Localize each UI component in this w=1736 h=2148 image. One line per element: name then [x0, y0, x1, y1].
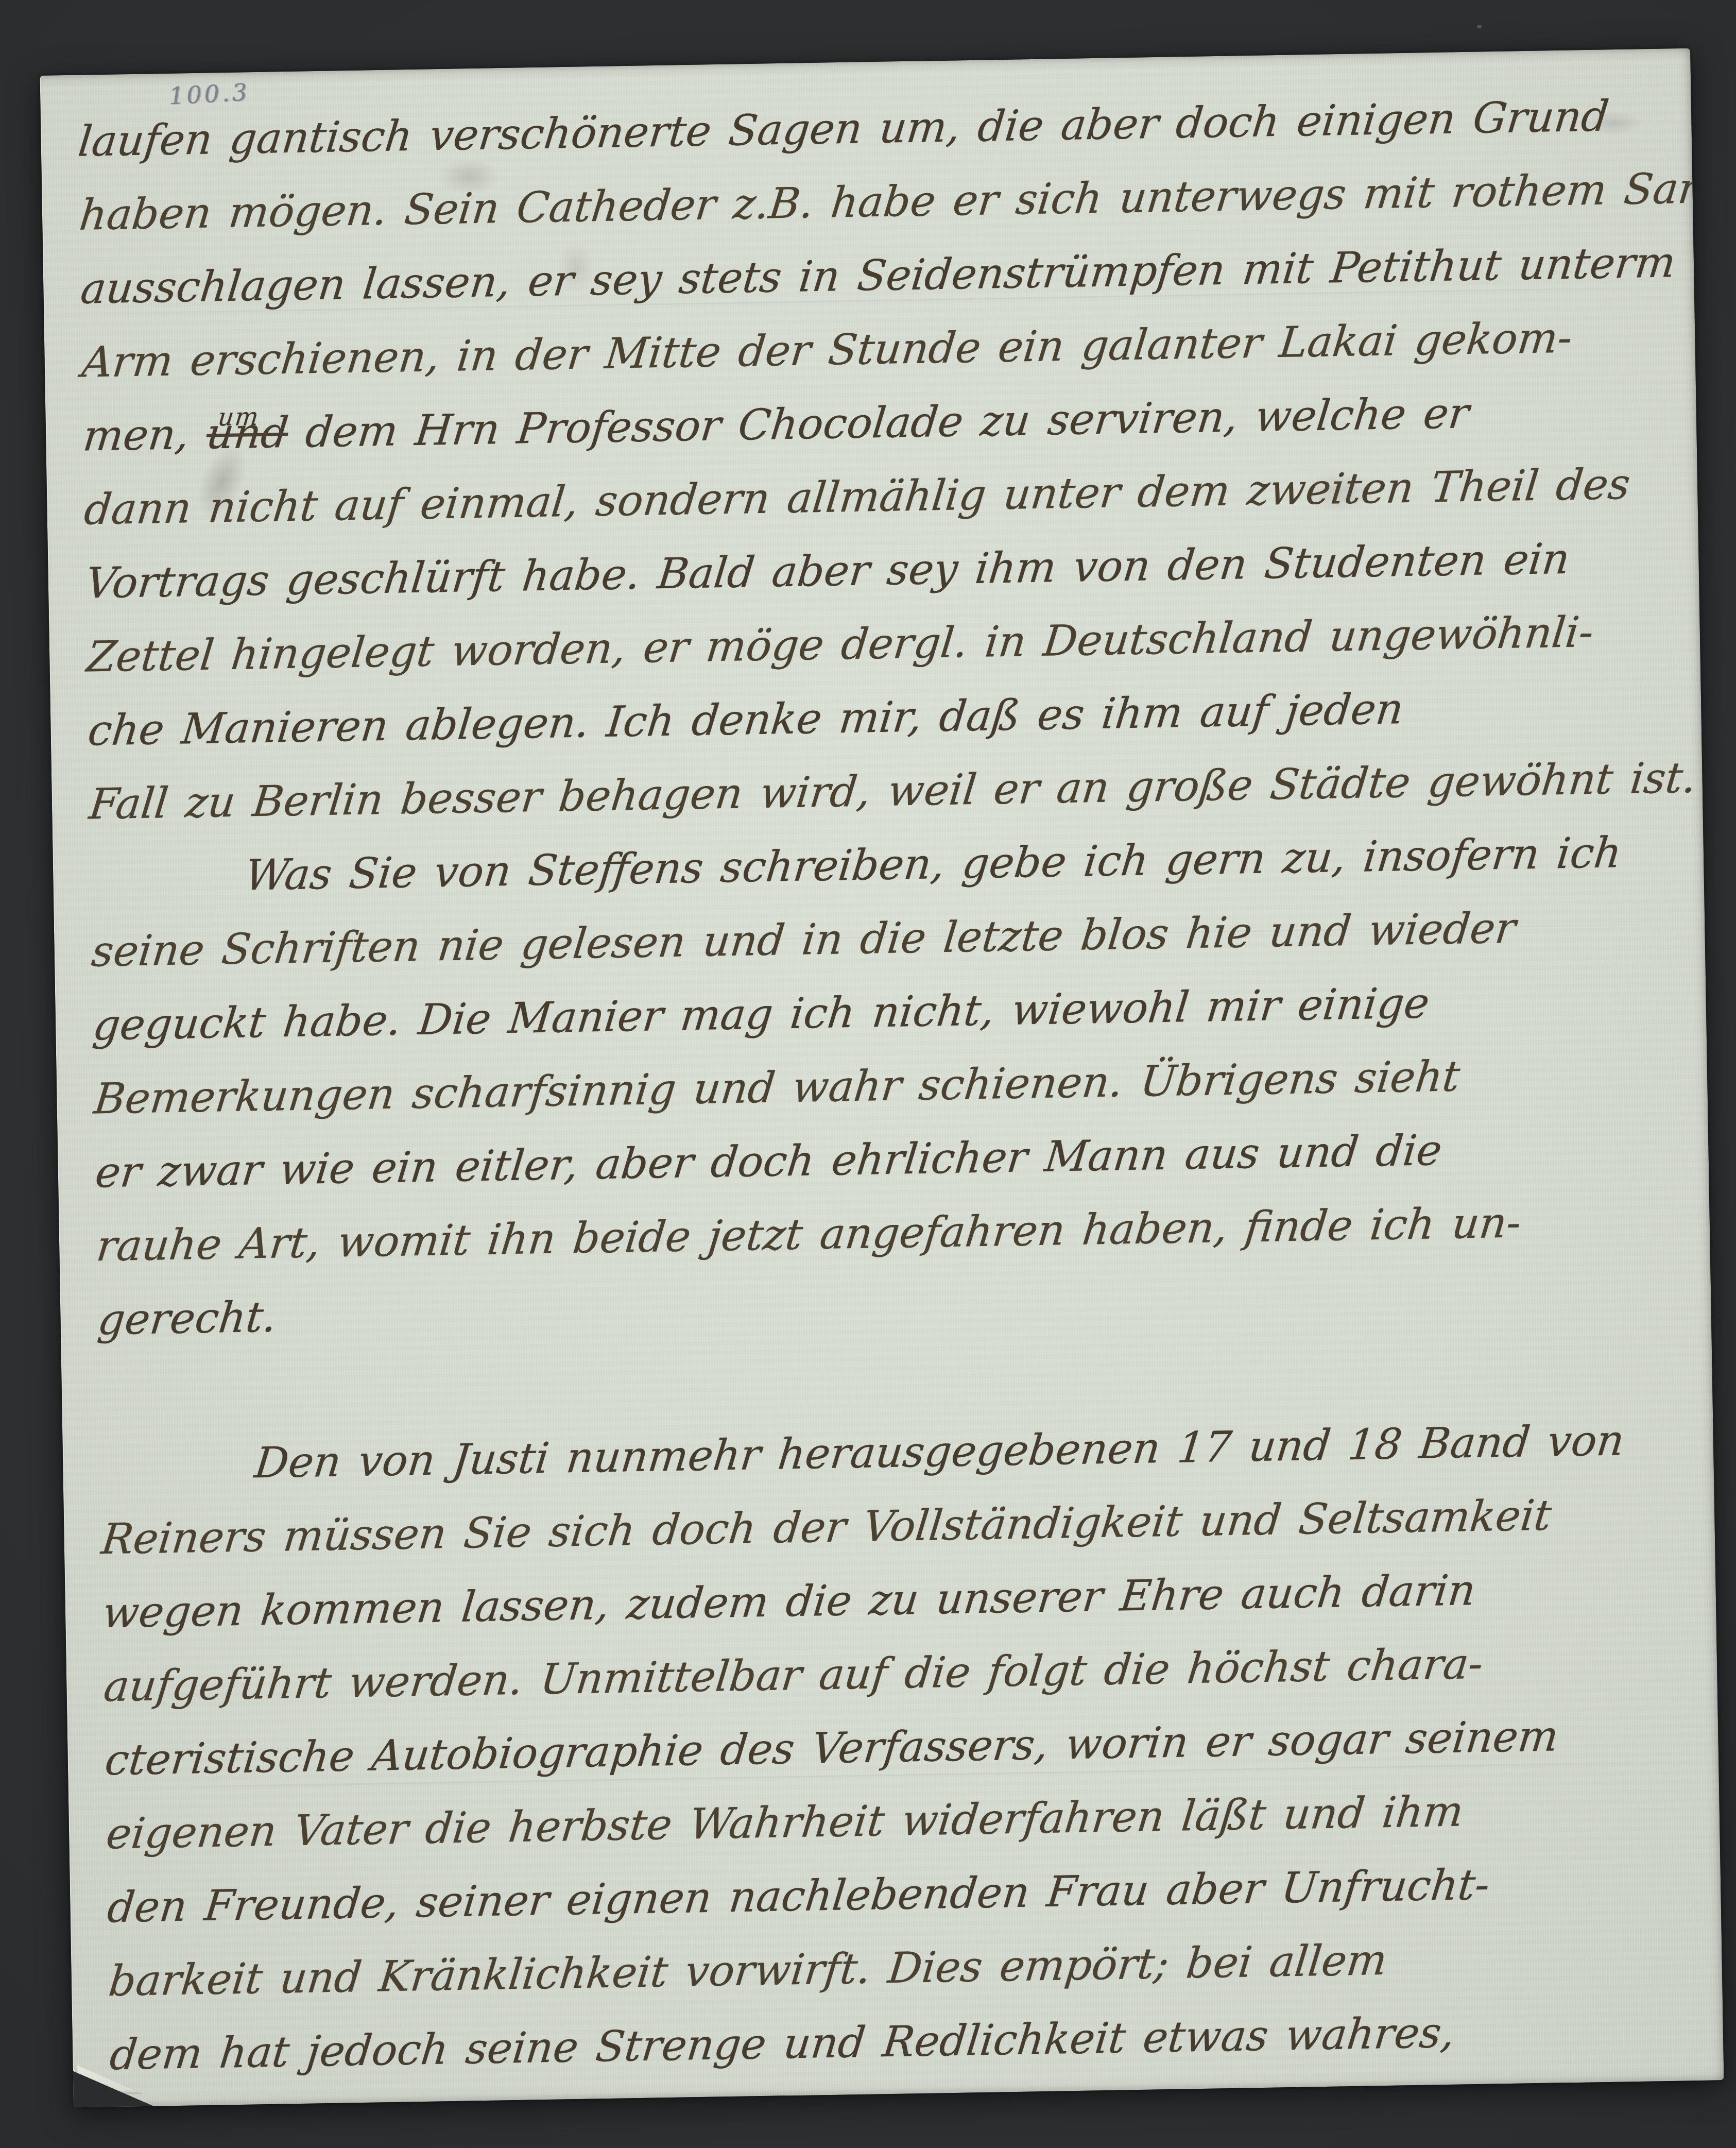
letter-page: 100.3 laufen gantisch verschönerte Sagen… [40, 48, 1724, 2108]
line-segment: dem Hrn Professor Chocolade zu serviren,… [285, 389, 1471, 457]
paragraph-2: Was Sie von Steffens schreiben, gebe ich… [85, 815, 1701, 1357]
line-segment: men, [81, 410, 209, 461]
dust-speck [1477, 25, 1482, 28]
inserted-word: um [214, 380, 263, 454]
scan-background: 100.3 laufen gantisch verschönerte Sagen… [0, 0, 1736, 2148]
paragraph-3: Den von Justi nunmehr herausgegebenen 17… [95, 1403, 1713, 2092]
paragraph-1: laufen gantisch verschönerte Sagen um, d… [73, 78, 1692, 842]
correction: undum [203, 396, 292, 471]
letter-text: laufen gantisch verschönerte Sagen um, d… [40, 48, 1724, 2093]
